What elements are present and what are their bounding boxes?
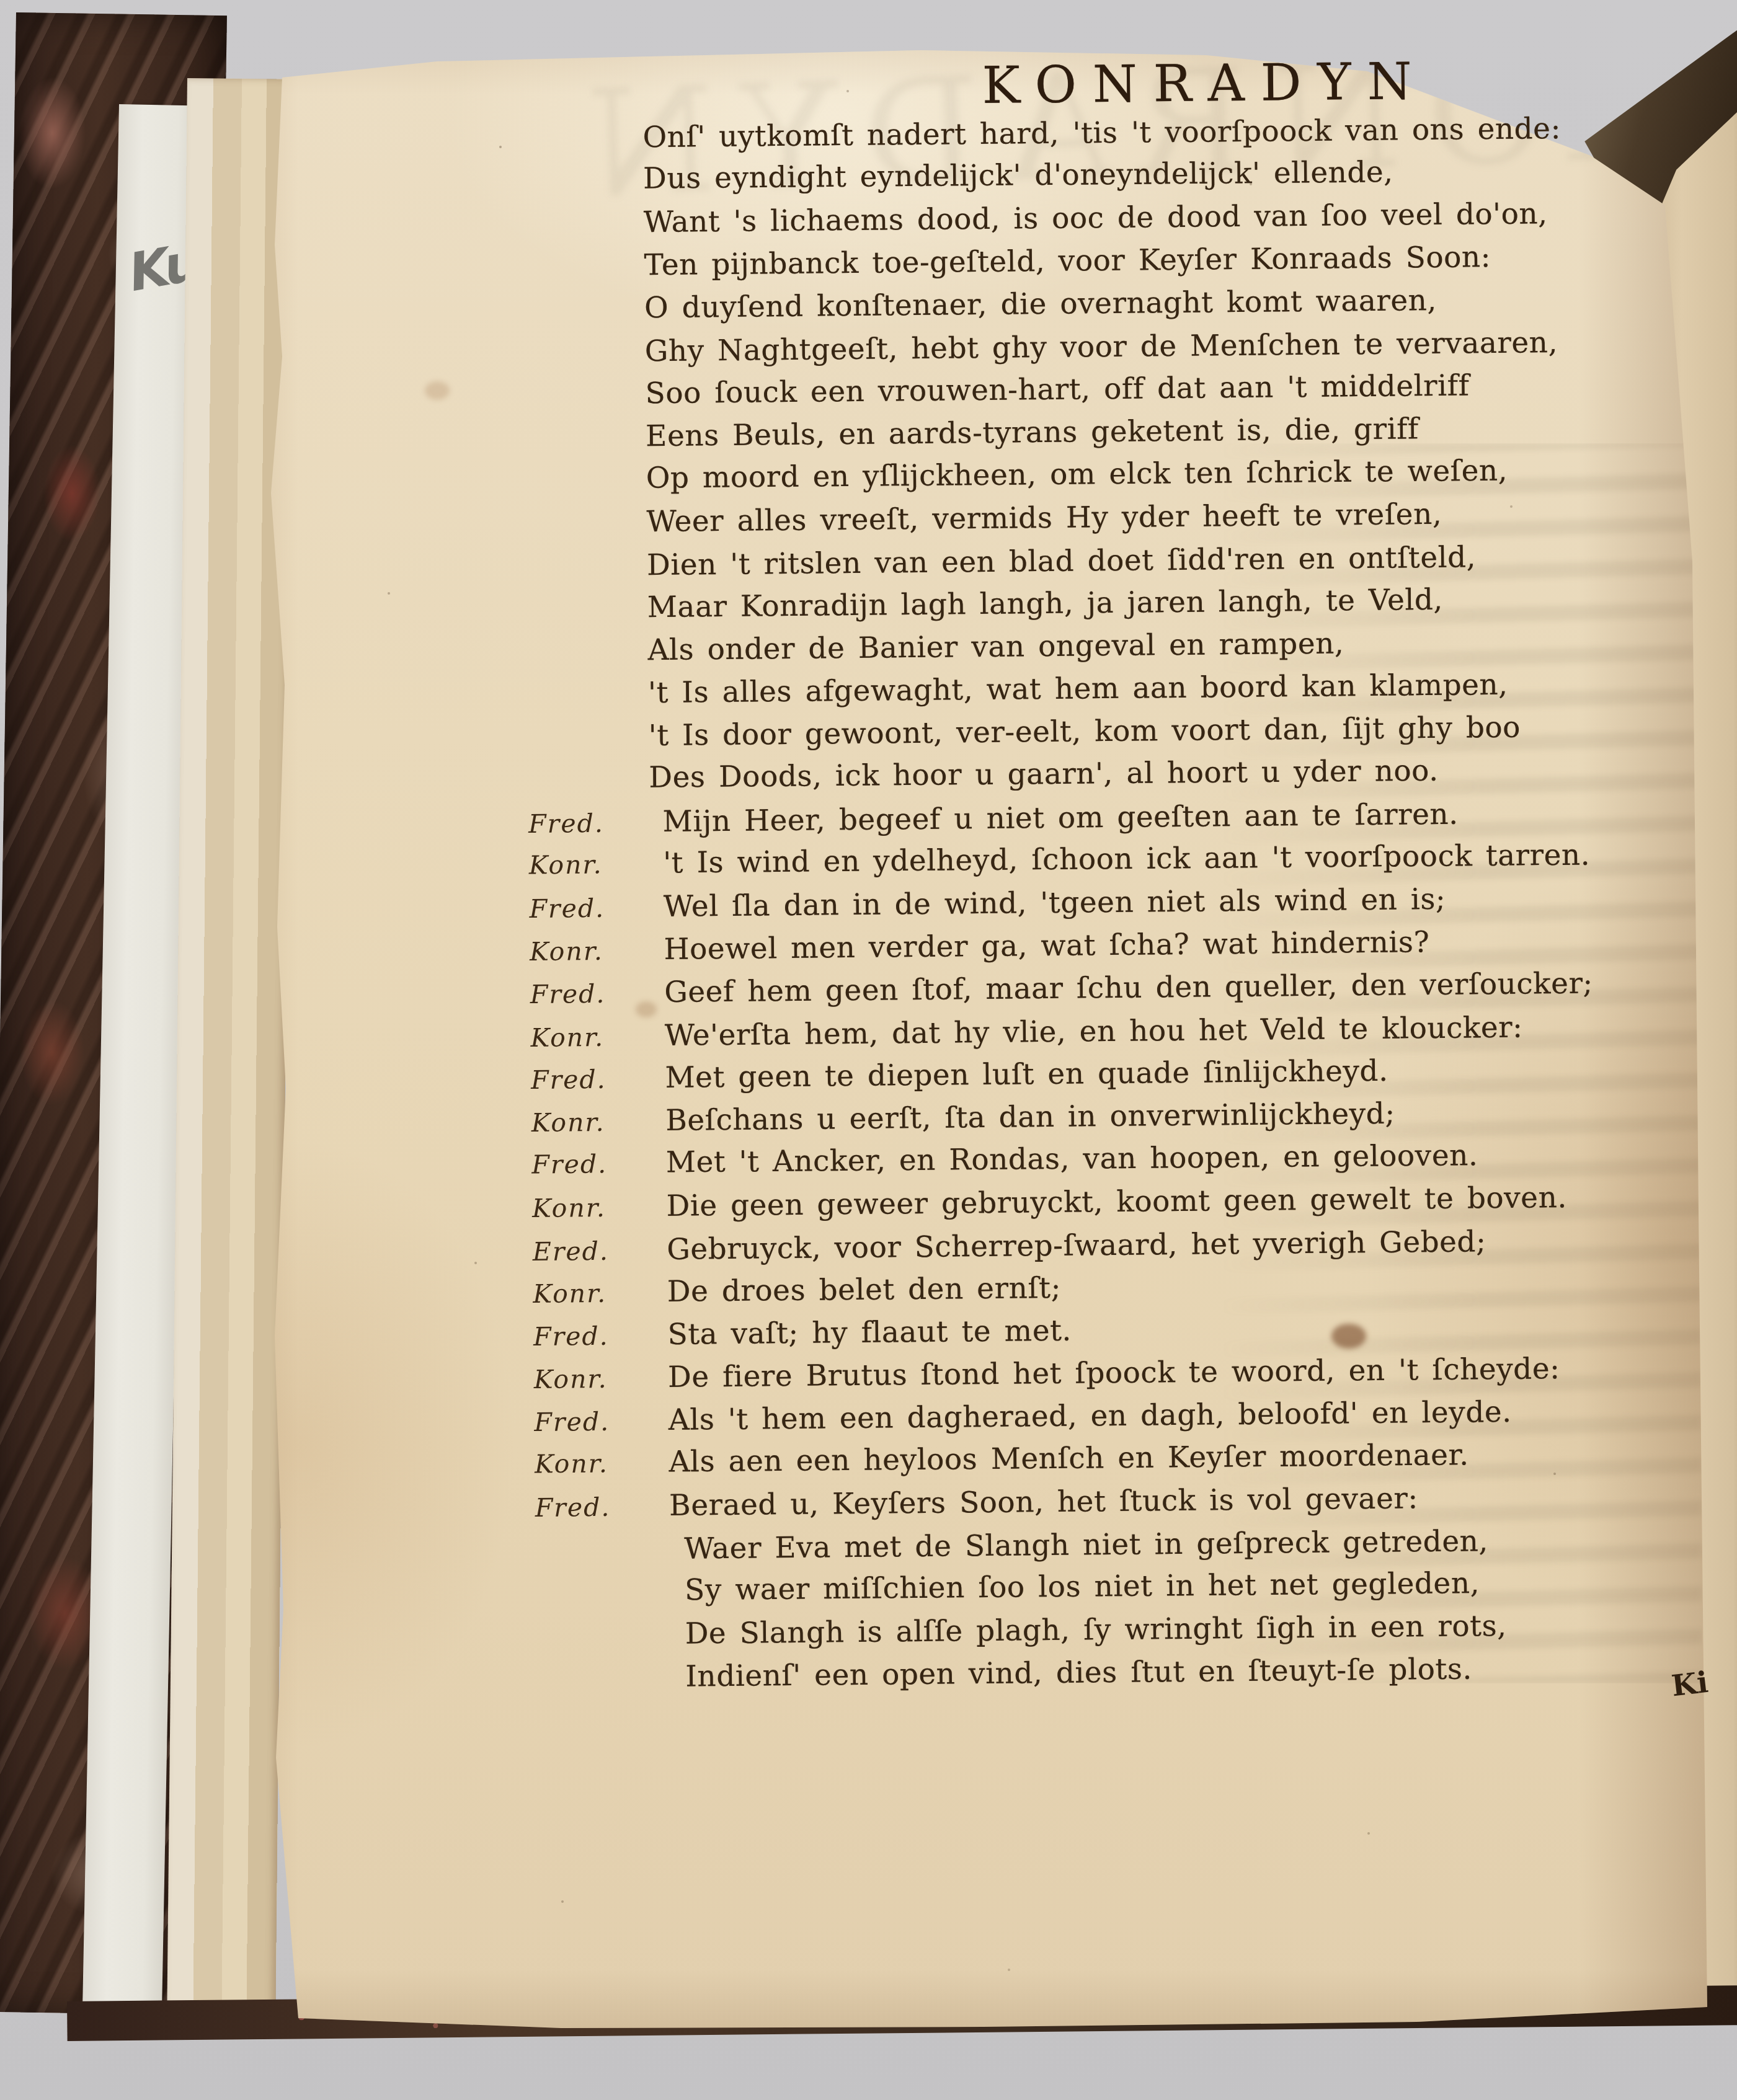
dialogue-text: Beraed u, Keyſers Soon, het ſtuck is vol… [669,1481,1418,1523]
verse-line-text: Soo ſouck een vrouwen-hart, off dat aan … [645,368,1469,410]
speaker-label: Fred. [535,1486,656,1530]
verse-line-text: 't Is alles afgewaght, wat hem aan boord… [648,668,1508,710]
paper-specks [239,34,241,37]
verse-line-text: Dus eyndight eyndelijck' d'oneyndelijck'… [643,155,1393,196]
verse-line-text: Eens Beuls, en aards-tyrans geketent is,… [646,412,1419,453]
speaker-label: Fred. [528,802,650,846]
catchword: Ki [1670,1665,1710,1703]
speaker-label: Konr. [530,929,651,973]
speaker-label: Ered. [532,1229,654,1274]
printed-text-layer: KONRADYN Onſ' uytkomſt nadert hard, 'tis… [239,27,1737,2056]
dialogue-text: 't Is wind en ydelheyd, ſchoon ick aan '… [663,838,1590,880]
dialogue-text: Met 't Ancker, en Rondas, van hoopen, en… [666,1138,1478,1179]
speaker-label: Konr. [533,1357,655,1401]
dialogue-text: Beſchans u eerſt, ſta dan in onverwinlij… [665,1097,1395,1138]
dialogue-text: Als aen een heyloos Menſch en Keyſer moo… [669,1438,1469,1479]
verse-line-text: Ghy Naghtgeeſt, hebt ghy voor de Menſche… [645,326,1558,368]
verse-line-text: Onſ' uytkomſt nadert hard, 'tis 't voorſ… [642,112,1561,154]
speaker-label: Fred. [531,1143,653,1187]
speaker-label: Konr. [535,1442,656,1486]
speaker-label: Konr. [533,1272,654,1316]
verse-block: Onſ' uytkomſt nadert hard, 'tis 't voorſ… [239,105,1734,804]
verse-line-text: Op moord en yſlijckheen, om elck ten ſch… [646,454,1508,495]
verse-line-text: Dien 't ritslen van een blad doet ſidd'r… [647,540,1476,582]
dialogue-text: Sta vaſt; hy flaaut te met. [667,1314,1072,1352]
dialogue-text: Hoewel men verder ga, wat ſcha? wat hind… [664,925,1429,967]
verse-line-text: Want 's lichaems dood, is ooc de dood va… [644,197,1548,239]
dialogue-text: Wel ſla dan in de wind, 'tgeen niet als … [664,882,1446,924]
speaker-label: Konr. [529,843,651,887]
speaker-label: Konr. [531,1101,652,1145]
dialogue-text: Gebruyck, voor Scherrep-ſwaard, het yver… [667,1225,1486,1267]
verse-line-text: Als onder de Banier van ongeval en rampe… [647,626,1344,667]
dialogue-text: De droes belet den ernſt; [667,1271,1062,1309]
speaker-label: Fred. [533,1314,655,1358]
speaker-label: Konr. [532,1186,654,1230]
continuation-line-text: De Slangh is alſſe plagh, ſy wringht ſig… [685,1609,1506,1651]
speaker-label: Fred. [530,972,652,1016]
page-title: KONRADYN [982,52,1428,115]
verse-line-text: Maar Konradijn lagh langh, ja jaren lang… [647,583,1444,624]
speaker-label: Fred. [534,1400,655,1444]
text-lines: Onſ' uytkomſt nadert hard, 'tis 't voorſ… [239,105,1737,1702]
dialogue-text: Mijn Heer, begeef u niet om geeſten aan … [662,797,1458,839]
speaker-label: Fred. [531,1058,652,1102]
speaker-label: Konr. [530,1016,652,1060]
continuation-line-text: Indienſ' een open vind, dies ſtut en ſte… [685,1652,1472,1694]
dialogue-text: Die geen geweer gebruyckt, koomt geen ge… [666,1181,1567,1223]
continuation-line-text: Waer Eva met de Slangh niet in geſpreck … [684,1524,1488,1566]
dialogue-block: Fred. Mijn Heer, begeef u niet om geeſte… [246,789,1737,1531]
dialogue-text: Geef hem geen ſtof, maar ſchu den quelle… [664,967,1593,1009]
dialogue-text: De fiere Brutus ſtond het ſpoock te woor… [668,1352,1560,1394]
dialogue-text: Met geen te diepen luſt en quade ſinlijc… [665,1054,1388,1095]
continuation-block: Waer Eva met de Slangh niet in geſpreck … [253,1517,1737,1702]
verse-line-text: Des Doods, ick hoor u gaarn', al hoort u… [649,754,1438,795]
speaker-label: Fred. [529,887,651,931]
dialogue-text: We'erſta hem, dat hy vlie, en hou het Ve… [665,1011,1523,1053]
verse-line-text: Weer alles vreeſt, vermids Hy yder heeft… [646,497,1442,539]
dialogue-text: Als 't hem een dagheraed, en dagh, beloo… [669,1395,1512,1437]
verse-line-text: O duyſend konſtenaer, die overnaght komt… [644,283,1437,325]
verse-line-text: Ten pijnbanck toe-geſteld, voor Keyſer K… [644,240,1491,282]
continuation-line-text: Sy waer miſſchien ſoo los niet in het ne… [685,1566,1480,1607]
verse-line-text: 't Is door gewoont, ver-eelt, kom voort … [649,711,1521,753]
